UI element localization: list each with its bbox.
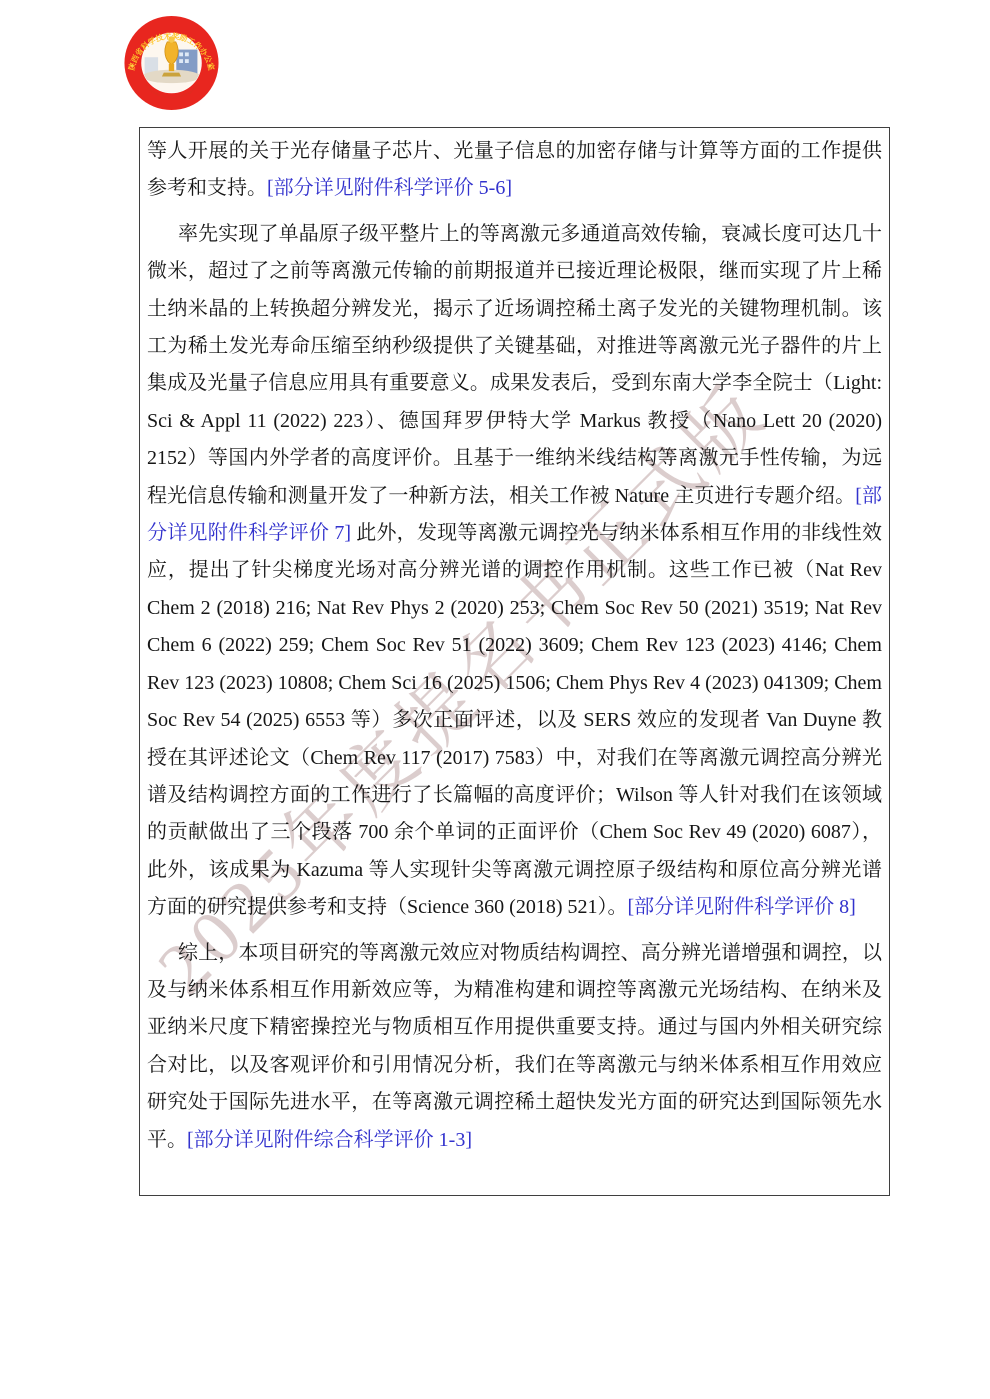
paragraph: 等人开展的关于光存储量子芯片、光量子信息的加密存储与计算等方面的工作提供参考和支… — [147, 133, 882, 208]
page-root: 2025年度提名书正式版 — [0, 0, 990, 1399]
text-run: 等人开展的关于光存储量子芯片、光量子信息的加密存储与计算等方面的工作提供参考和支… — [147, 140, 882, 199]
attachment-reference-link[interactable]: [部分详见附件综合科学评价 1-3] — [187, 1129, 472, 1151]
attachment-reference-link[interactable]: [部分详见附件科学评价 8] — [628, 896, 856, 918]
award-office-logo: 陕西省科学技术奖励工作办公室 Shaanxi Office Of Science… — [123, 15, 220, 111]
award-office-logo-seal: 陕西省科学技术奖励工作办公室 Shaanxi Office Of Science… — [123, 15, 220, 111]
seal-right-star-icon: ✦ — [207, 63, 212, 70]
paragraph: 率先实现了单晶原子级平整片上的等离激元多通道高效传输，衰减长度可达几十微米，超过… — [147, 216, 882, 927]
seal-left-star-icon: ✦ — [130, 63, 135, 70]
text-run: 此外，发现等离激元调控光与纳米体系相互作用的非线性效应，提出了针尖梯度光场对高分… — [147, 522, 882, 918]
text-run: 率先实现了单晶原子级平整片上的等离激元多通道高效传输，衰减长度可达几十微米，超过… — [147, 223, 882, 507]
document-box: 等人开展的关于光存储量子芯片、光量子信息的加密存储与计算等方面的工作提供参考和支… — [139, 127, 890, 1196]
text-run: 综上，本项目研究的等离激元效应对物质结构调控、高分辨光谱增强和调控，以及与纳米体… — [147, 942, 882, 1151]
paragraph: 综上，本项目研究的等离激元效应对物质结构调控、高分辨光谱增强和调控，以及与纳米体… — [147, 935, 882, 1159]
attachment-reference-link[interactable]: [部分详见附件科学评价 5-6] — [267, 177, 512, 199]
